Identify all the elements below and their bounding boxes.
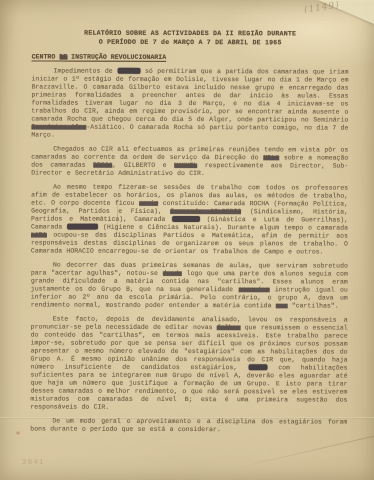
redaction-mark: possuíam <box>238 286 269 293</box>
redaction-mark: MANUEL <box>174 162 197 169</box>
redaction-mark: Camarada GILBERTO <box>170 208 241 215</box>
text-segment: Impedimentos de <box>54 68 118 75</box>
redaction-mark <box>117 68 140 74</box>
text-segment: De um modo geral o aproveitamento e a di… <box>30 418 347 434</box>
report-title: RELATÓRIO SOBRE AS ACTIVIDADES DA II REG… <box>32 29 349 47</box>
redaction-mark: Económico Afro <box>31 123 86 130</box>
redaction-mark: DE <box>59 54 67 61</box>
paragraph: Este facto, depois de devidamente analis… <box>30 315 347 412</box>
redaction-mark: nas <box>276 302 288 309</box>
scanned-document-page: (1149) RELATÓRIO SOBRE AS ACTIVIDADES DA… <box>0 0 374 480</box>
paper-crease <box>230 435 374 470</box>
redaction-mark: MPLA <box>263 154 279 161</box>
text-segment: , GILBERTO e <box>113 162 174 169</box>
paragraph: Ao mesmo tempo fizeram-se sessões de tra… <box>31 183 348 256</box>
paragraph: Impedimentos de só permitiram que a part… <box>31 67 348 140</box>
redaction-mark: folhas <box>217 324 240 331</box>
text-segment: só permitiram que a partida dos camarada… <box>31 68 348 124</box>
paragraph: No decorrer das duas primeiras semanas d… <box>31 261 348 310</box>
paragraph: De um modo geral o aproveitamento e a di… <box>30 417 347 434</box>
redaction-mark: desde <box>163 270 183 277</box>
redaction-mark <box>67 224 98 230</box>
redaction-mark: assim <box>139 200 159 207</box>
redaction-mark <box>172 216 199 222</box>
text-segment: (Higiene e Ciências Naturais). Durante a… <box>98 224 348 232</box>
text-segment: "cartilhas". <box>287 302 338 309</box>
archive-stamp: 3041 <box>22 459 45 467</box>
redaction-mark: BRIGA <box>93 162 113 169</box>
redaction-mark <box>248 364 268 370</box>
paragraph: Chegados ao CIR ali efectuamos as primei… <box>31 145 348 178</box>
section-heading: CENTRO DE INSTRUÇÃO REVOLUCIONARIA <box>32 53 349 62</box>
redaction-mark: LARA <box>31 231 47 238</box>
report-title-line2: O PERÍODO DE 7 de MARÇO A 7 DE ABRIL DE … <box>32 38 349 48</box>
text-segment: INSTRUÇÃO REVOLUCIONARIA <box>67 54 166 61</box>
document-content: RELATÓRIO SOBRE AS ACTIVIDADES DA II REG… <box>30 29 348 434</box>
text-segment: ocupou-se das disciplinas Partidos e Mat… <box>31 232 348 256</box>
text-segment: com habilitações suficientes para se int… <box>30 364 347 410</box>
text-segment: CENTRO <box>32 53 60 60</box>
